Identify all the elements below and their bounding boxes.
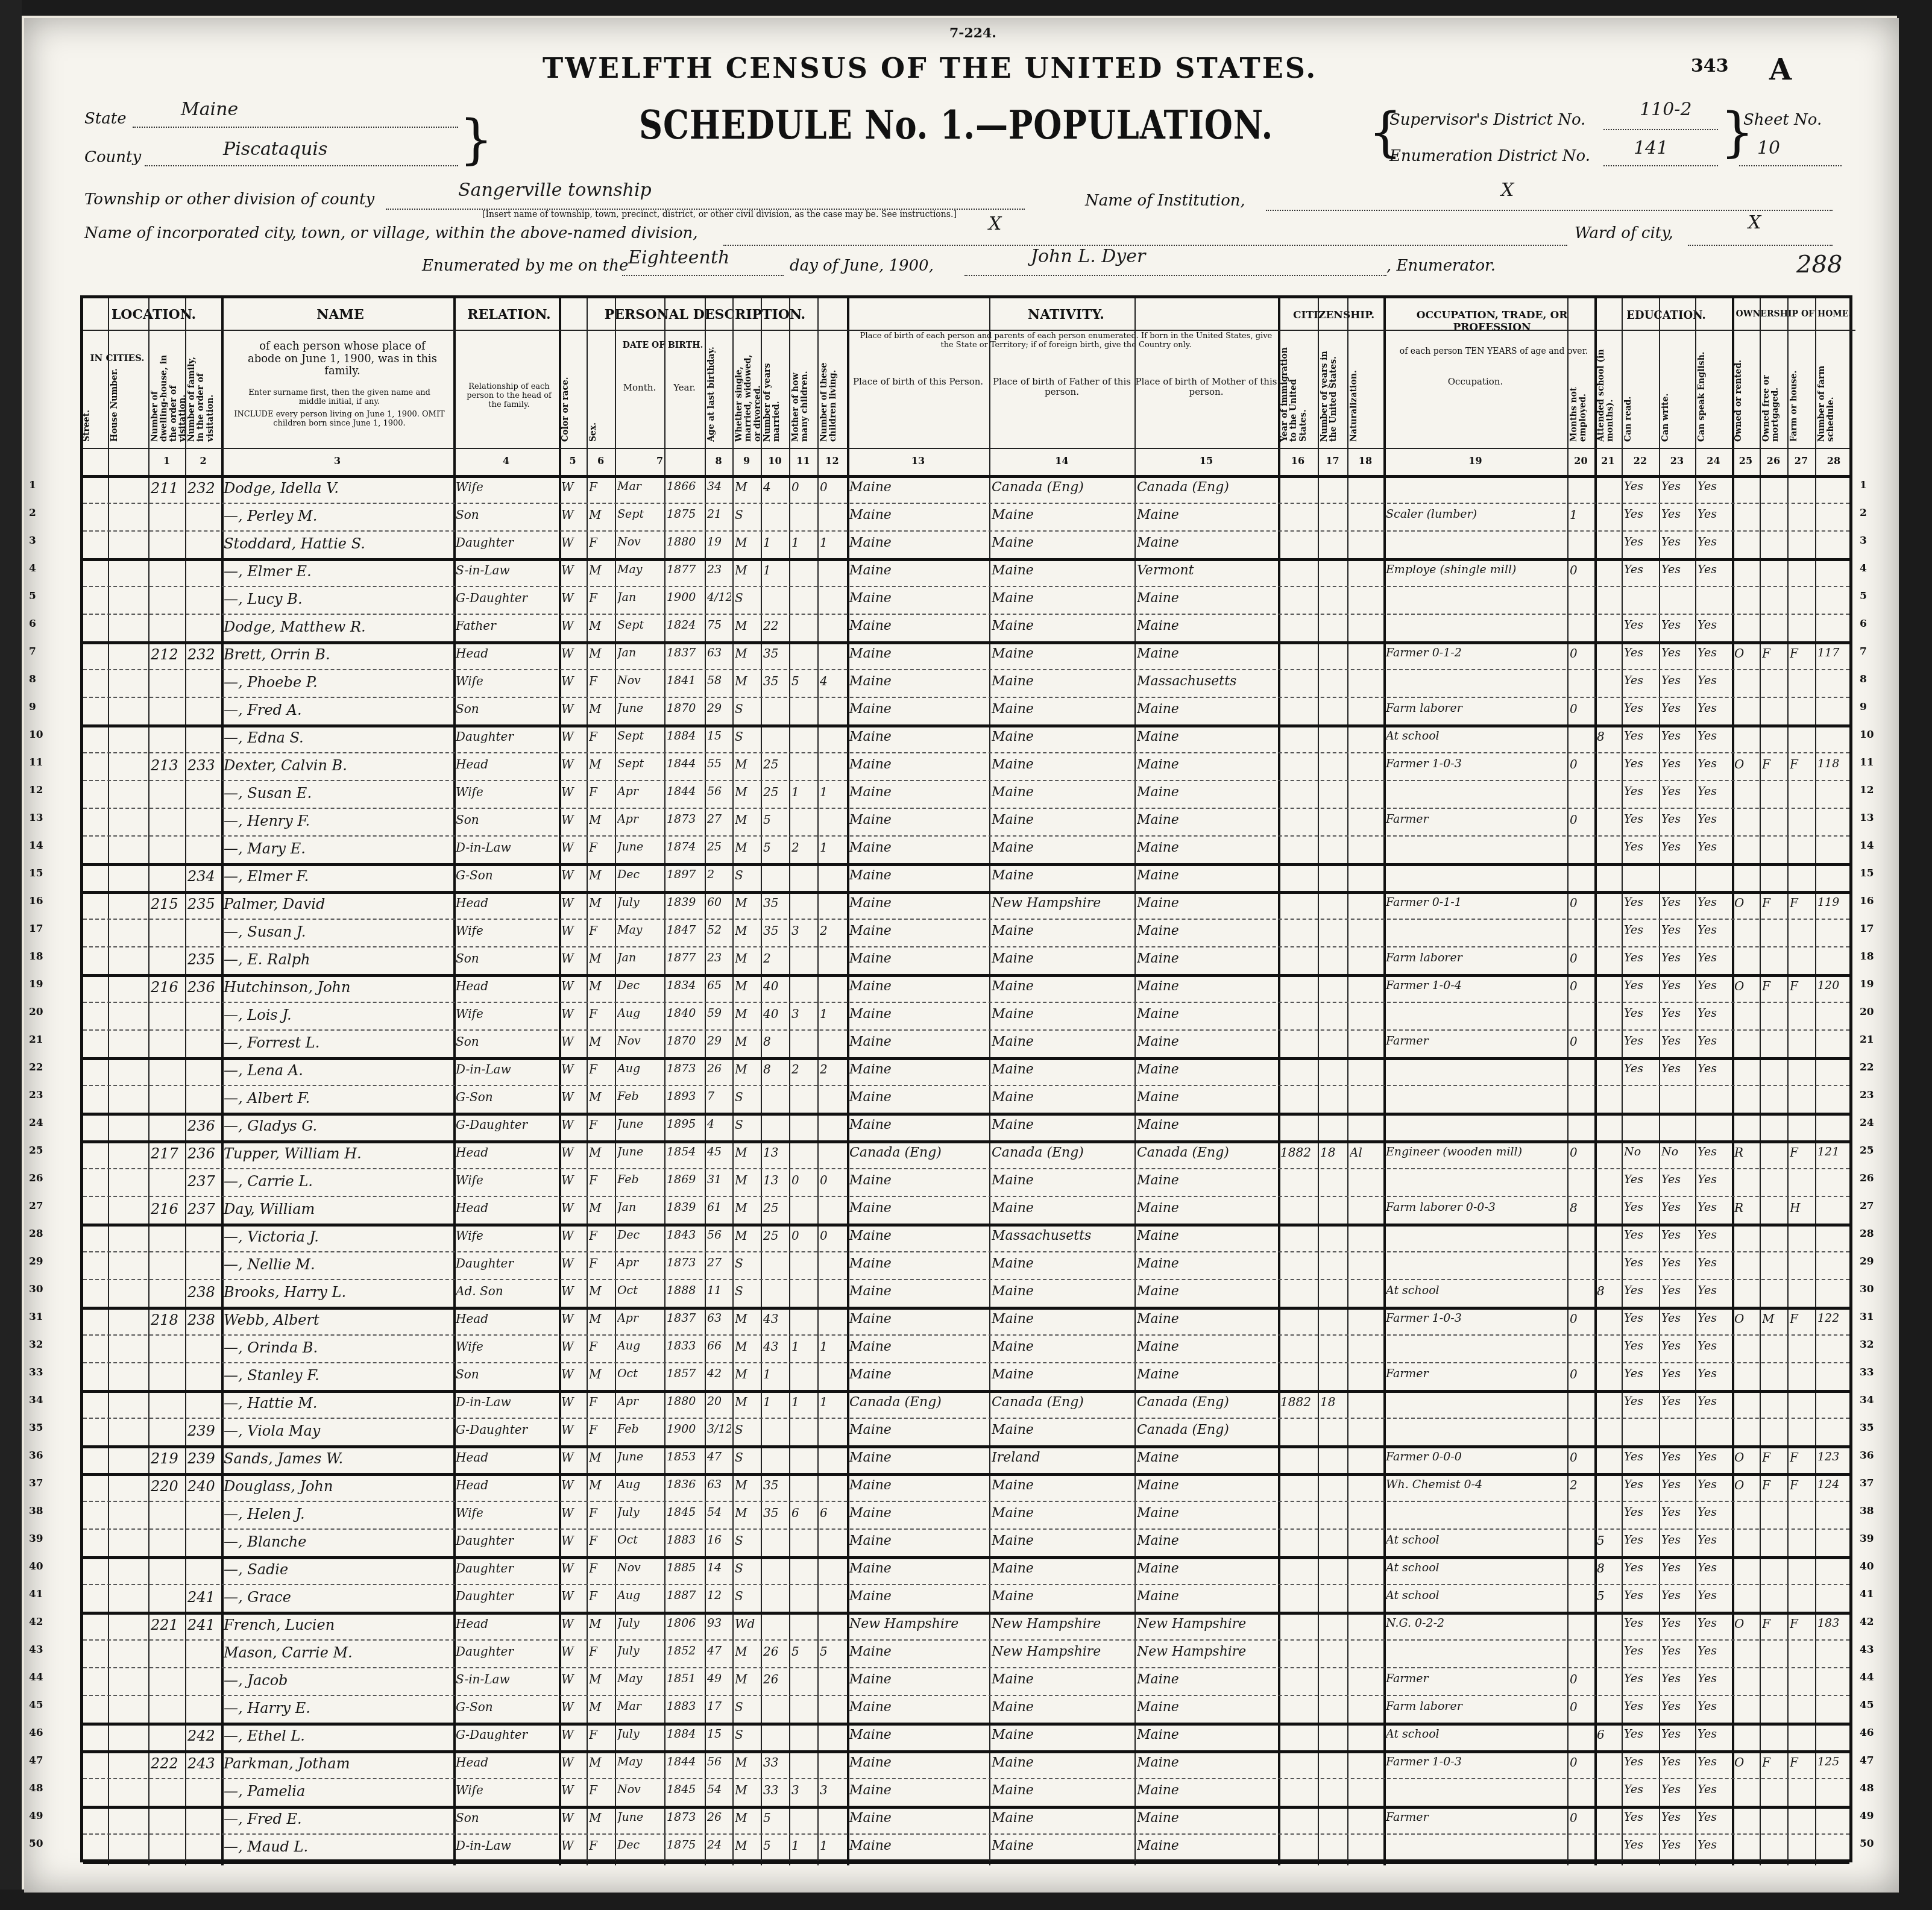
cell-write: Yes <box>1661 1506 1694 1519</box>
cell-age: 29 <box>707 702 731 715</box>
table-row[interactable]: 215235Palmer, DavidHeadWMJuly183960M35Ma… <box>83 891 1849 919</box>
table-row[interactable]: —, Orinda B.WifeWFAug183366M4311MaineMai… <box>83 1334 1849 1362</box>
cell-year: 1884 <box>667 1727 703 1741</box>
cell-relation: Wife <box>456 1783 558 1797</box>
cell-age: 7 <box>707 1090 731 1103</box>
cell-color: W <box>561 1478 585 1492</box>
line-number: 38 <box>29 1505 43 1517</box>
cell-year: 1844 <box>667 785 703 798</box>
cell-mother: Maine <box>1137 757 1277 772</box>
column-header-1: Number of dwelling-house, in the order o… <box>151 347 183 442</box>
table-row[interactable]: —, Henry F.SonWMApr187327M5MaineMaineMai… <box>83 808 1849 835</box>
cell-imm: 1882 <box>1280 1145 1317 1160</box>
cell-sched: 125 <box>1817 1755 1851 1768</box>
table-row[interactable]: 241—, GraceDaughterWFAug188712SMaineMain… <box>83 1584 1849 1612</box>
table-row[interactable]: 234—, Elmer F.G-SonWMDec18972SMaineMaine… <box>83 863 1849 891</box>
table-row[interactable]: —, Susan E.WifeWFApr184456M2511MaineMain… <box>83 780 1849 808</box>
cell-color: W <box>561 507 585 522</box>
table-row[interactable]: —, Hattie M.D-in-LawWFApr188020M111Canad… <box>83 1390 1849 1418</box>
ward-value: X <box>1748 212 1761 233</box>
cell-english: Yes <box>1698 702 1731 715</box>
cell-unemployed: 0 <box>1570 1700 1593 1714</box>
cell-month: Apr <box>617 1395 663 1408</box>
cell-name: —, Orinda B. <box>224 1339 452 1356</box>
table-row[interactable]: —, PameliaWifeWFNov184554M3333MaineMaine… <box>83 1778 1849 1806</box>
cell-read: Yes <box>1624 1589 1658 1602</box>
line-number: 41 <box>1860 1588 1874 1600</box>
column-header-6: Sex. <box>589 347 612 442</box>
cell-name: —, Henry F. <box>224 812 452 829</box>
city-field[interactable]: X <box>723 224 1567 246</box>
cell-write: Yes <box>1661 1644 1694 1657</box>
cell-father: Maine <box>992 1672 1133 1687</box>
cell-read: Yes <box>1624 1395 1658 1408</box>
cell-age: 29 <box>707 1034 731 1048</box>
cell-year: 1833 <box>667 1339 703 1352</box>
cell-marital: M <box>735 1007 760 1021</box>
column-header-13: Place of birth of this Person. <box>847 377 989 387</box>
cell-marital: M <box>735 1034 760 1049</box>
table-row[interactable]: —, BlancheDaughterWFOct188316SMaineMaine… <box>83 1528 1849 1556</box>
table-row[interactable]: 236—, Gladys G.G-DaughterWFJune18954SMai… <box>83 1113 1849 1140</box>
cell-sex: M <box>589 1672 614 1686</box>
line-number: 23 <box>29 1089 43 1101</box>
cell-read: Yes <box>1624 1450 1658 1463</box>
cell-age: 59 <box>707 1007 731 1020</box>
cell-write: Yes <box>1661 618 1694 632</box>
cell-father: Maine <box>992 1312 1133 1327</box>
cell-name: Douglass, John <box>224 1478 452 1495</box>
cell-color: W <box>561 1395 585 1409</box>
cell-age: 25 <box>707 840 731 853</box>
cell-sex: F <box>589 1173 614 1187</box>
cell-age: 12 <box>707 1589 731 1602</box>
cell-occupation: At school <box>1386 1589 1566 1602</box>
cell-relation: G-Daughter <box>456 1117 558 1132</box>
table-row[interactable]: 221241French, LucienHeadWMJuly180693WdNe… <box>83 1612 1849 1639</box>
cell-age: 56 <box>707 785 731 798</box>
cell-write: Yes <box>1661 1450 1694 1463</box>
line-number: 46 <box>29 1727 43 1739</box>
cell-marital: M <box>735 1145 760 1160</box>
table-row[interactable]: 242—, Ethel L.G-DaughterWFJuly188415SMai… <box>83 1723 1849 1750</box>
enumeration-field[interactable]: 141 <box>1603 145 1718 166</box>
cell-father: Maine <box>992 1062 1133 1077</box>
cell-sex: M <box>589 1284 614 1298</box>
cell-dwelling: 211 <box>151 480 184 497</box>
line-number: 11 <box>1860 756 1874 768</box>
cell-name: —, Elmer E. <box>224 563 452 580</box>
cell-marital: M <box>735 1339 760 1354</box>
table-row[interactable]: 220240Douglass, JohnHeadWMAug183663M35Ma… <box>83 1473 1849 1501</box>
cell-living: 2 <box>820 923 846 938</box>
cell-dwelling: 213 <box>151 757 184 774</box>
table-row[interactable]: —, Edna S.DaughterWFSept188415SMaineMain… <box>83 724 1849 752</box>
table-row[interactable]: 218238Webb, AlbertHeadWMApr183763M43Main… <box>83 1307 1849 1334</box>
column-header-18: Naturalization. <box>1350 347 1381 442</box>
cell-sex: F <box>589 535 614 550</box>
cell-sex: M <box>589 646 614 661</box>
cell-father: Maine <box>992 674 1133 689</box>
cell-relation: Daughter <box>456 1589 558 1603</box>
cell-sex: F <box>589 1838 614 1853</box>
cell-month: Feb <box>617 1422 663 1436</box>
cell-occupation: N.G. 0-2-2 <box>1386 1616 1566 1630</box>
cell-year: 1870 <box>667 702 703 715</box>
cell-age: 63 <box>707 646 731 659</box>
table-row[interactable]: 219239Sands, James W.HeadWMJune185347SMa… <box>83 1445 1849 1473</box>
cell-own: O <box>1734 896 1758 910</box>
cell-age: 56 <box>707 1228 731 1242</box>
table-row[interactable]: Dodge, Matthew R.FatherWMSept182475M22Ma… <box>83 614 1849 641</box>
cell-color: W <box>561 1450 585 1465</box>
cell-english: Yes <box>1698 1256 1731 1269</box>
cell-sched: 121 <box>1817 1145 1851 1158</box>
table-row[interactable]: —, Fred A.SonWMJune187029SMaineMaineMain… <box>83 697 1849 724</box>
cell-mother: Maine <box>1137 1755 1277 1770</box>
cell-father: Maine <box>992 1533 1133 1548</box>
table-row[interactable]: —, JacobS-in-LawWMMay185149M26MaineMaine… <box>83 1667 1849 1695</box>
cell-year: 1839 <box>667 1201 703 1214</box>
cell-write: Yes <box>1661 1173 1694 1186</box>
cell-name: Day, William <box>224 1201 452 1217</box>
cell-marital: S <box>735 1422 760 1437</box>
cell-english: Yes <box>1698 1478 1731 1491</box>
cell-relation: D-in-Law <box>456 1062 558 1076</box>
table-row[interactable]: 239—, Viola MayG-DaughterWFFeb19003/12SM… <box>83 1418 1849 1445</box>
cell-father: Canada (Eng) <box>992 1395 1133 1410</box>
cell-relation: Wife <box>456 923 558 938</box>
table-row[interactable]: 212232Brett, Orrin B.HeadWMJan183763M35M… <box>83 641 1849 669</box>
cell-color: W <box>561 1783 585 1797</box>
cell-age: 27 <box>707 812 731 826</box>
cell-sched: 117 <box>1817 646 1851 659</box>
column-number-24: 24 <box>1695 455 1732 467</box>
cell-mother: Maine <box>1137 840 1277 855</box>
table-row[interactable]: —, Victoria J.WifeWFDec184356M2500MaineM… <box>83 1224 1849 1251</box>
cell-month: Apr <box>617 1312 663 1325</box>
schedule-title: SCHEDULE No. 1.—POPULATION. <box>639 101 1273 148</box>
city-value: X <box>989 213 1001 234</box>
cell-month: Aug <box>617 1589 663 1602</box>
sheet-field[interactable]: 10 <box>1739 145 1842 166</box>
cell-year: 1883 <box>667 1700 703 1713</box>
township-value: Sangerville township <box>458 180 652 201</box>
cell-english: Yes <box>1698 1062 1731 1075</box>
cell-birth: Maine <box>849 702 988 717</box>
line-number: 27 <box>29 1200 43 1212</box>
cell-father: Canada (Eng) <box>992 480 1133 495</box>
table-row[interactable]: Mason, Carrie M.DaughterWFJuly185247M265… <box>83 1639 1849 1667</box>
line-number: 29 <box>1860 1255 1874 1268</box>
ward-field[interactable]: X <box>1688 224 1833 246</box>
cell-sex: F <box>589 785 614 799</box>
cell-relation: Head <box>456 1478 558 1492</box>
table-row[interactable]: —, Fred E.SonWMJune187326M5MaineMaineMai… <box>83 1806 1849 1833</box>
cell-birth: Maine <box>849 1284 988 1299</box>
group-header-divider <box>83 330 1855 331</box>
cell-yrs_married: 35 <box>763 646 788 661</box>
cell-color: W <box>561 729 585 744</box>
line-number: 32 <box>1860 1339 1874 1351</box>
table-row[interactable]: 216237Day, WilliamHeadWMJan183961M25Main… <box>83 1196 1849 1224</box>
column-number-5: 5 <box>559 455 587 467</box>
group-date-of-birth: DATE OF BIRTH. <box>618 341 708 350</box>
table-row[interactable]: —, Mary E.D-in-LawWFJune187425M521MaineM… <box>83 835 1849 863</box>
table-row[interactable]: 216236Hutchinson, JohnHeadWMDec183465M40… <box>83 974 1849 1002</box>
table-row[interactable]: —, Lucy B.G-DaughterWFJan19004/12SMaineM… <box>83 586 1849 614</box>
cell-month: June <box>617 1450 663 1463</box>
table-row[interactable]: 222243Parkman, JothamHeadWMMay184456M33M… <box>83 1750 1849 1778</box>
table-row[interactable]: 238Brooks, Harry L.Ad. SonWMOct188811SMa… <box>83 1279 1849 1307</box>
table-row[interactable]: —, Harry E.G-SonWMMar188317SMaineMaineMa… <box>83 1695 1849 1723</box>
institution-field[interactable]: X <box>1266 189 1833 211</box>
cell-name: French, Lucien <box>224 1616 452 1633</box>
cell-mother: Maine <box>1137 1533 1277 1548</box>
line-number: 17 <box>29 923 43 935</box>
cell-yrs_married: 5 <box>763 812 788 827</box>
column-header-16: Year of immigration to the United States… <box>1280 347 1315 442</box>
cell-name: —, Gladys G. <box>224 1117 452 1134</box>
line-number: 50 <box>29 1838 43 1850</box>
cell-family: 236 <box>187 979 220 996</box>
table-row[interactable]: —, Lois J.WifeWFAug184059M4031MaineMaine… <box>83 1002 1849 1029</box>
column-header-5: Color or race. <box>561 347 584 442</box>
cell-father: Maine <box>992 563 1133 578</box>
cell-mother: Maine <box>1137 1727 1277 1742</box>
table-row[interactable]: —, Phoebe P.WifeWFNov184158M3554MaineMai… <box>83 669 1849 697</box>
group-relation: RELATION. <box>456 307 562 322</box>
table-row[interactable]: —, Nellie M.DaughterWFApr187327SMaineMai… <box>83 1251 1849 1279</box>
cell-name: —, Hattie M. <box>224 1395 452 1412</box>
cell-write: Yes <box>1661 979 1694 992</box>
cell-name: —, Victoria J. <box>224 1228 452 1245</box>
cell-year: 1837 <box>667 646 703 659</box>
column-number-4: 4 <box>453 455 559 467</box>
cell-read: No <box>1624 1145 1658 1158</box>
cell-age: 75 <box>707 618 731 632</box>
cell-english: Yes <box>1698 1312 1731 1325</box>
cell-occupation: Wh. Chemist 0-4 <box>1386 1478 1566 1491</box>
cell-yrs_married: 4 <box>763 480 788 494</box>
cell-color: W <box>561 1755 585 1770</box>
cell-marital: M <box>735 1228 760 1243</box>
cell-occupation: Farm laborer <box>1386 702 1566 715</box>
cell-color: W <box>561 563 585 577</box>
table-row[interactable]: 213233Dexter, Calvin B.HeadWMSept184455M… <box>83 752 1849 780</box>
form-number: 7-224. <box>949 25 996 41</box>
cell-birth: Maine <box>849 1117 988 1132</box>
cell-mother: Maine <box>1137 1228 1277 1243</box>
cell-sex: M <box>589 951 614 966</box>
cell-sex: F <box>589 1506 614 1520</box>
cell-name: —, Viola May <box>224 1422 452 1439</box>
cell-sex: M <box>589 1811 614 1825</box>
table-row[interactable]: —, Albert F.G-SonWMFeb18937SMaineMaineMa… <box>83 1085 1849 1113</box>
cell-write: Yes <box>1661 1561 1694 1574</box>
cell-write: Yes <box>1661 1478 1694 1491</box>
cell-birth: Maine <box>849 757 988 772</box>
cell-mother: Maine <box>1137 1589 1277 1604</box>
table-row[interactable]: —, Helen J.WifeWFJuly184554M3566MaineMai… <box>83 1501 1849 1528</box>
occupation-description: of each person TEN YEARS of age and over… <box>1397 347 1590 356</box>
cell-sched: 120 <box>1817 979 1851 992</box>
column-number-25: 25 <box>1732 455 1760 467</box>
cell-father: Maine <box>992 646 1133 661</box>
cell-sex: M <box>589 757 614 771</box>
cell-school: 8 <box>1597 729 1620 744</box>
cell-father: Maine <box>992 702 1133 717</box>
county-field[interactable]: Piscataquis <box>145 145 458 166</box>
table-row[interactable]: 237—, Carrie L.WifeWFFeb186931M1300Maine… <box>83 1168 1849 1196</box>
line-number: 10 <box>29 729 43 741</box>
cell-year: 1874 <box>667 840 703 853</box>
line-number: 22 <box>1860 1061 1874 1073</box>
cell-name: —, Lois J. <box>224 1007 452 1023</box>
cell-color: W <box>561 1506 585 1520</box>
cell-read: Yes <box>1624 1783 1658 1796</box>
cell-write: Yes <box>1661 1256 1694 1269</box>
cell-write: Yes <box>1661 951 1694 964</box>
cell-color: W <box>561 646 585 661</box>
cell-mother: Maine <box>1137 591 1277 606</box>
cell-mother: Maine <box>1137 1034 1277 1049</box>
cell-mother: Maine <box>1137 618 1277 633</box>
cell-year: 1843 <box>667 1228 703 1242</box>
column-number-8: 8 <box>705 455 732 467</box>
cell-occupation: Scaler (lumber) <box>1386 507 1566 521</box>
cell-birth: Maine <box>849 674 988 689</box>
cell-relation: G-Daughter <box>456 1422 558 1437</box>
sheet-side: A <box>1769 53 1792 87</box>
enumerated-day-field[interactable]: Eighteenth <box>622 254 784 276</box>
cell-year: 1847 <box>667 923 703 937</box>
cell-color: W <box>561 1284 585 1298</box>
cell-father: Maine <box>992 1284 1133 1299</box>
cell-name: Sands, James W. <box>224 1450 452 1467</box>
cell-father: Ireland <box>992 1450 1133 1465</box>
cell-own: O <box>1734 1616 1758 1631</box>
table-row[interactable]: —, Lena A.D-in-LawWFAug187326M822MaineMa… <box>83 1057 1849 1085</box>
cell-month: Sept <box>617 757 663 770</box>
cell-color: W <box>561 480 585 494</box>
cell-color: W <box>561 1811 585 1825</box>
cell-children: 1 <box>791 535 816 550</box>
line-number: 35 <box>29 1422 43 1434</box>
table-row[interactable]: —, Forrest L.SonWMNov187029M8MaineMaineM… <box>83 1029 1849 1057</box>
cell-birth: Maine <box>849 1561 988 1576</box>
table-row[interactable]: Stoddard, Hattie S.DaughterWFNov188019M1… <box>83 530 1849 558</box>
column-header-28: Number of farm schedule. <box>1817 347 1850 442</box>
cell-relation: Wife <box>456 1173 558 1187</box>
township-field[interactable]: Sangerville township <box>386 188 1025 210</box>
line-number: 40 <box>29 1560 43 1572</box>
cell-occupation: At school <box>1386 1533 1566 1547</box>
cell-birth: Maine <box>849 646 988 661</box>
cell-month: July <box>617 1644 663 1657</box>
cell-birth: Canada (Eng) <box>849 1395 988 1410</box>
table-row[interactable]: —, Stanley F.SonWMOct185742M1MaineMaineM… <box>83 1362 1849 1390</box>
cell-relation: Head <box>456 1450 558 1465</box>
cell-year: 1806 <box>667 1616 703 1630</box>
cell-family: 235 <box>187 896 220 913</box>
cell-sex: M <box>589 1367 614 1381</box>
table-row[interactable]: 211232Dodge, Idella V.WifeWFMar186634M40… <box>83 475 1849 503</box>
cell-sex: M <box>589 702 614 716</box>
line-number: 48 <box>1860 1782 1874 1794</box>
cell-mother: New Hampshire <box>1137 1644 1277 1659</box>
table-row[interactable]: —, SadieDaughterWFNov188514SMaineMaineMa… <box>83 1556 1849 1584</box>
cell-relation: Ad. Son <box>456 1284 558 1298</box>
table-row[interactable]: 235—, E. RalphSonWMJan187723M2MaineMaine… <box>83 946 1849 974</box>
cell-color: W <box>561 1090 585 1104</box>
table-row[interactable]: —, Elmer E.S-in-LawWMMay187723M1MaineMai… <box>83 558 1849 586</box>
cell-marital: M <box>735 646 760 661</box>
cell-mother: Maine <box>1137 1062 1277 1077</box>
cell-year: 1880 <box>667 535 703 548</box>
table-row[interactable]: 217236Tupper, William H.HeadWMJune185445… <box>83 1140 1849 1168</box>
cell-relation: G-Son <box>456 868 558 882</box>
cell-mother: Maine <box>1137 646 1277 661</box>
cell-relation: Wife <box>456 1339 558 1354</box>
cell-mother: Maine <box>1137 1367 1277 1382</box>
state-field[interactable]: Maine <box>133 107 458 128</box>
cell-relation: Daughter <box>456 1561 558 1575</box>
cell-father: Maine <box>992 812 1133 828</box>
cell-color: W <box>561 1616 585 1631</box>
cell-year: 1887 <box>667 1589 703 1602</box>
line-number: 31 <box>29 1311 43 1323</box>
cell-sched: 124 <box>1817 1478 1851 1491</box>
cell-english: Yes <box>1698 1201 1731 1214</box>
table-row[interactable]: —, Perley M.SonWMSept187521SMaineMaineMa… <box>83 503 1849 530</box>
cell-occupation: Engineer (wooden mill) <box>1386 1145 1566 1158</box>
enumerated-suffix: day of June, 1900, <box>790 257 934 275</box>
cell-birth: Maine <box>849 480 988 495</box>
column-header-8: Age at last birthday. <box>707 347 730 442</box>
cell-marital: S <box>735 1450 760 1465</box>
cell-age: 31 <box>707 1173 731 1186</box>
line-number: 2 <box>29 507 36 519</box>
cell-farm: F <box>1790 757 1814 771</box>
enumerator-field[interactable]: John L. Dyer <box>964 254 1386 276</box>
cell-yrs_married: 35 <box>763 674 788 688</box>
cell-mort: F <box>1762 1616 1786 1631</box>
cell-relation: Son <box>456 812 558 827</box>
cell-month: May <box>617 1672 663 1685</box>
cell-father: Maine <box>992 1339 1133 1354</box>
cell-relation: Daughter <box>456 729 558 744</box>
cell-occupation: Farm laborer <box>1386 951 1566 964</box>
table-row[interactable]: —, Susan J.WifeWFMay184752M3532MaineMain… <box>83 919 1849 946</box>
cell-marital: S <box>735 507 760 522</box>
cell-birth: Maine <box>849 1007 988 1022</box>
table-row[interactable]: —, Maud L.D-in-LawWFDec187524M511MaineMa… <box>83 1833 1849 1861</box>
column-number-2: 2 <box>185 455 221 467</box>
cell-write: Yes <box>1661 535 1694 548</box>
cell-relation: Son <box>456 951 558 966</box>
cell-sex: M <box>589 618 614 633</box>
cell-sex: F <box>589 1727 614 1742</box>
cell-yrs_married: 26 <box>763 1672 788 1686</box>
cell-color: W <box>561 1145 585 1160</box>
cell-month: Jan <box>617 951 663 964</box>
cell-unemployed: 8 <box>1570 1201 1593 1215</box>
cell-english: Yes <box>1698 1339 1731 1352</box>
supervisor-field[interactable]: 110-2 <box>1603 108 1718 130</box>
cell-dwelling: 222 <box>151 1755 184 1772</box>
cell-family: 233 <box>187 757 220 774</box>
